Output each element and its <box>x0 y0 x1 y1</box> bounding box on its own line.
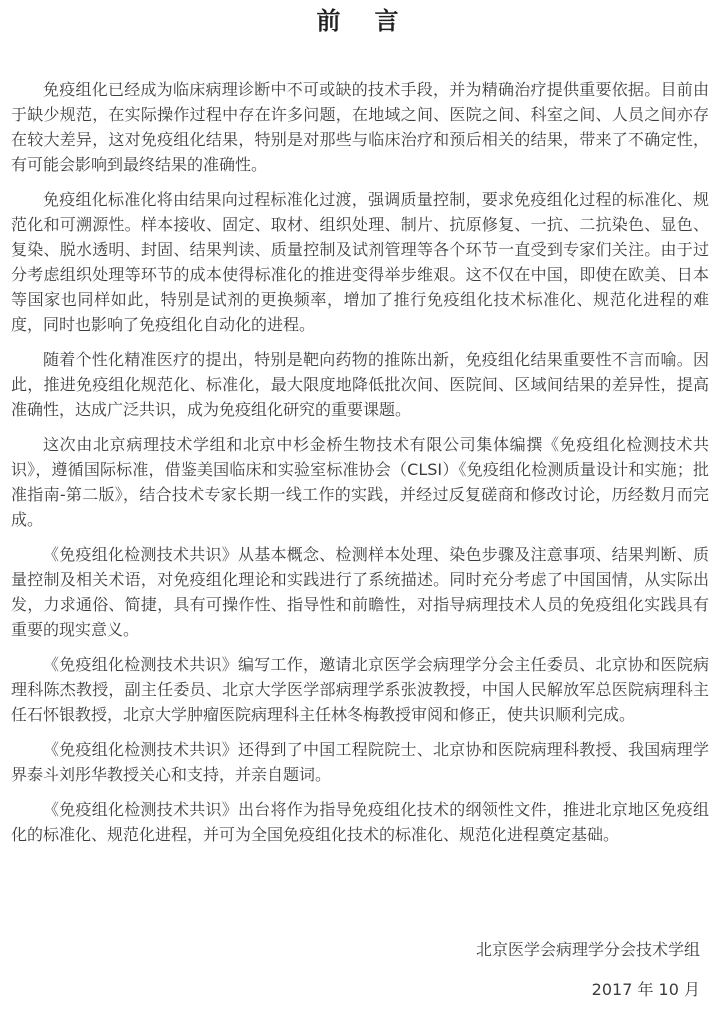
paragraph: 免疫组化标准化将由结果向过程标准化过渡，强调质量控制，要求免疫组化过程的标准化、… <box>11 187 709 337</box>
date: 2017 年 10 月 <box>11 977 700 1002</box>
paragraph: 这次由北京病理技术学组和北京中杉金桥生物技术有限公司集体编撰《免疫组化检测技术共… <box>11 432 709 532</box>
paragraph: 《免疫组化检测技术共识》从基本概念、检测样本处理、染色步骤及注意事项、结果判断、… <box>11 542 709 642</box>
paragraph: 《免疫组化检测技术共识》编写工作，邀请北京医学会病理学分会主任委员、北京协和医院… <box>11 652 709 727</box>
closing-block: 北京医学会病理学分会技术学组 2017 年 10 月 <box>11 937 709 1002</box>
paragraph: 《免疫组化检测技术共识》还得到了中国工程院院士、北京协和医院病理科教授、我国病理… <box>11 737 709 787</box>
paragraph: 《免疫组化检测技术共识》出台将作为指导免疫组化技术的纲领性文件，推进北京地区免疫… <box>11 797 709 847</box>
document-page: 前 言 免疫组化已经成为临床病理诊断中不可或缺的技术手段，并为精确治疗提供重要依… <box>0 0 720 1032</box>
paragraph: 免疫组化已经成为临床病理诊断中不可或缺的技术手段，并为精确治疗提供重要依据。目前… <box>11 77 709 177</box>
paragraph: 随着个性化精准医疗的提出，特别是靶向药物的推陈出新，免疫组化结果重要性不言而喻。… <box>11 347 709 422</box>
signature: 北京医学会病理学分会技术学组 <box>11 937 700 962</box>
document-body: 免疫组化已经成为临床病理诊断中不可或缺的技术手段，并为精确治疗提供重要依据。目前… <box>11 77 709 847</box>
page-title: 前 言 <box>11 6 709 36</box>
